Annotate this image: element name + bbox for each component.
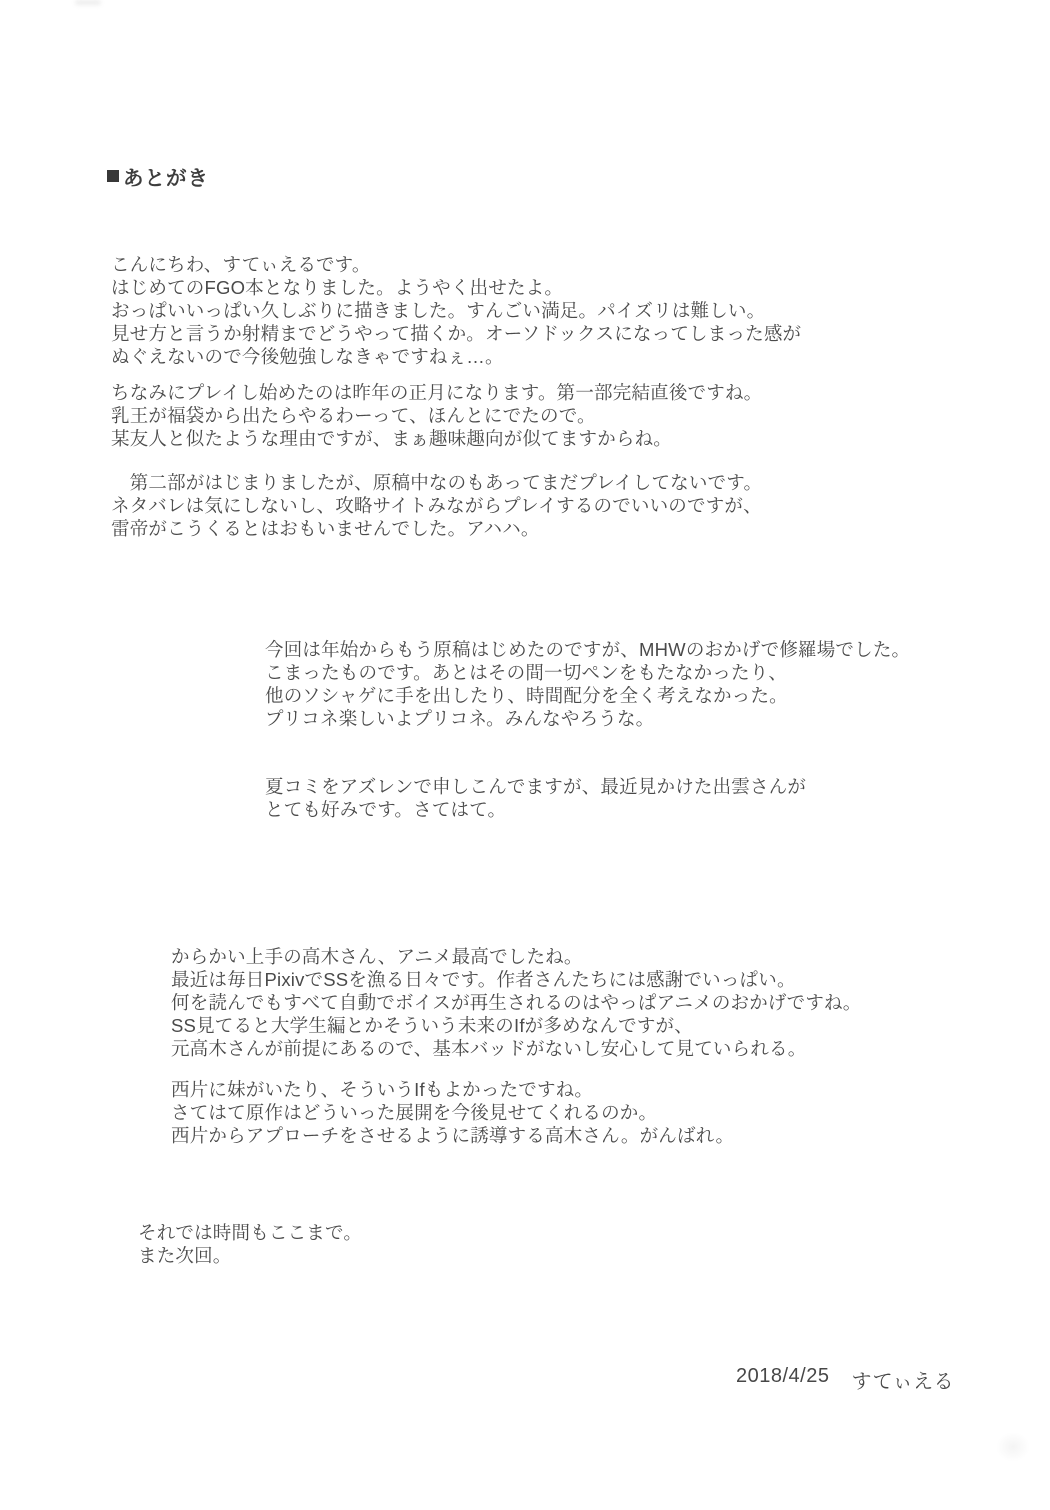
paragraph-greeting: こんにちわ、すてぃえるです。はじめてのFGO本となりました。ようやく出せたよ。お…: [111, 253, 801, 368]
text-line: 他のソシャゲに手を出したり、時間配分を全く考えなかった。: [265, 684, 910, 707]
paragraph-takagi-anime: からかい上手の高木さん、アニメ最高でしたね。最近は毎日PixivでSSを漁る日々…: [171, 945, 861, 1060]
signature-line: 2018/4/25 すてぃえる: [736, 1365, 954, 1394]
text-line: 夏コミをアズレンで申しこんでますが、最近見かけた出雲さんが: [265, 775, 806, 798]
paragraph-summer-comiket: 夏コミをアズレンで申しこんでますが、最近見かけた出雲さんがとても好みです。さては…: [265, 775, 806, 821]
text-line: さてはて原作はどういった展開を今後見せてくれるのか。: [171, 1101, 734, 1124]
text-line: SS見てると大学生編とかそういう未来のIfが多めなんですが、: [171, 1014, 861, 1037]
text-line: 元高木さんが前提にあるので、基本バッドがないし安心して見ていられる。: [171, 1037, 861, 1060]
text-line: また次回。: [138, 1244, 362, 1267]
signature-date: 2018/4/25: [736, 1365, 829, 1394]
text-line: はじめてのFGO本となりました。ようやく出せたよ。: [111, 276, 801, 299]
text-line: からかい上手の高木さん、アニメ最高でしたね。: [171, 945, 861, 968]
text-line: ネタバレは気にしないし、攻略サイトみながらプレイするのでいいのですが、: [111, 494, 762, 517]
text-line: ちなみにプレイし始めたのは昨年の正月になります。第一部完結直後ですね。: [111, 381, 762, 404]
text-line: 何を読んでもすべて自動でボイスが再生されるのはやっぱアニメのおかげですね。: [171, 991, 861, 1014]
section-heading-text: あとがき: [123, 161, 209, 191]
text-line: 第二部がはじまりましたが、原稿中なのもあってまだプレイしてないです。: [111, 471, 762, 494]
text-line: こんにちわ、すてぃえるです。: [111, 253, 801, 276]
text-line: こまったものです。あとはその間一切ペンをもたなかったり、: [265, 661, 910, 684]
text-line: 雷帝がこうくるとはおもいませんでした。アハハ。: [111, 517, 762, 540]
scan-smudge-corner: [996, 1432, 1030, 1462]
text-line: 最近は毎日PixivでSSを漁る日々です。作者さんたちには感謝でいっぱい。: [171, 968, 861, 991]
signature-author: すてぃえる: [851, 1365, 954, 1394]
text-line: それでは時間もここまで。: [138, 1221, 362, 1244]
section-heading: あとがき: [107, 161, 209, 191]
text-line: とても好みです。さてはて。: [265, 798, 806, 821]
text-line: プリコネ楽しいよプリコネ。みんなやろうな。: [265, 707, 910, 730]
paragraph-takagi-if: 西片に妹がいたり、そういうIfもよかったですね。さてはて原作はどういった展開を今…: [171, 1078, 734, 1147]
paragraph-fgo-part2: 第二部がはじまりましたが、原稿中なのもあってまだプレイしてないです。ネタバレは気…: [111, 471, 762, 540]
afterword-page: あとがき こんにちわ、すてぃえるです。はじめてのFGO本となりました。ようやく出…: [0, 0, 1050, 1510]
text-line: ぬぐえないので今後勉強しなきゃですねぇ…。: [111, 345, 801, 368]
paragraph-manuscript-mhw: 今回は年始からもう原稿はじめたのですが、MHWのおかげで修羅場でした。こまったも…: [265, 638, 910, 730]
text-line: 今回は年始からもう原稿はじめたのですが、MHWのおかげで修羅場でした。: [265, 638, 910, 661]
text-line: 見せ方と言うか射精までどうやって描くか。オーソドックスになってしまった感が: [111, 322, 801, 345]
scan-smudge-top: [75, 0, 101, 5]
paragraph-fgo-play-start: ちなみにプレイし始めたのは昨年の正月になります。第一部完結直後ですね。乳王が福袋…: [111, 381, 762, 450]
paragraph-closing: それでは時間もここまで。また次回。: [138, 1221, 362, 1267]
square-bullet-icon: [107, 170, 119, 182]
text-line: 乳王が福袋から出たらやるわーって、ほんとにでたので。: [111, 404, 762, 427]
text-line: 西片からアプローチをさせるように誘導する高木さん。がんばれ。: [171, 1124, 734, 1147]
text-line: 某友人と似たような理由ですが、まぁ趣味趣向が似てますからね。: [111, 427, 762, 450]
text-line: 西片に妹がいたり、そういうIfもよかったですね。: [171, 1078, 734, 1101]
text-line: おっぱいいっぱい久しぶりに描きました。すんごい満足。パイズリは難しい。: [111, 299, 801, 322]
